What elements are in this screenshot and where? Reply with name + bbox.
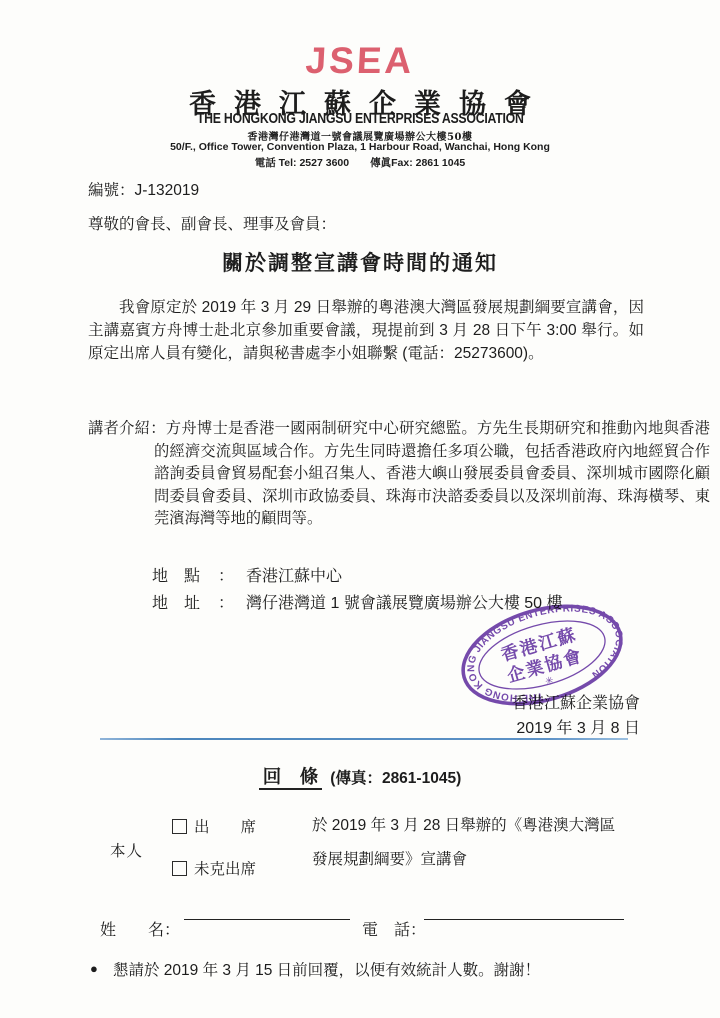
venue-label: 地點 <box>152 563 216 586</box>
absent-option-label: 未克出席 <box>194 857 256 879</box>
speaker-intro-label: 講者介紹： <box>88 420 166 437</box>
speaker-introduction: 講者介紹：方舟博士是香港一國兩制研究中心研究總監。方先生長期研究和推動內地與香港… <box>88 418 710 531</box>
stamp-star-icon: ✳ <box>544 675 555 688</box>
signature-date: 2019 年 3 月 8 日 <box>516 715 640 738</box>
org-address-english: 50/F., Office Tower, Convention Plaza, 1… <box>0 141 720 153</box>
salutation: 尊敬的會長、副會長、理事及會員： <box>88 212 336 234</box>
name-field-label: 姓 名： <box>100 917 180 940</box>
venue-row: 地點 ： 香港江蘇中心 <box>152 563 342 586</box>
attend-option-label: 出 席 <box>194 815 256 837</box>
venue-value: 香港江蘇中心 <box>246 563 342 586</box>
reply-slip-title: 回 條 <box>259 766 323 790</box>
notice-title: 關於調整宣講會時間的通知 <box>0 247 720 277</box>
reply-slip-heading: 回 條(傳真：2861-1045) <box>0 763 720 789</box>
address-colon: ： <box>218 590 234 613</box>
address-label: 地址 <box>152 590 216 613</box>
speaker-intro-text: 方舟博士是香港一國兩制研究中心研究總監。方先生長期研究和推動內地與香港的經濟交流… <box>154 420 710 527</box>
event-description-line2: 發展規劃綱要》宣講會 <box>312 847 656 869</box>
main-paragraph: 我會原定於 2019 年 3 月 29 日舉辦的粵港澳大灣區發展規劃綱要宣講會，… <box>88 296 644 365</box>
jsea-logo: JSEA <box>0 40 720 82</box>
reply-slip-fax: (傳真：2861-1045) <box>330 770 461 787</box>
phone-field-label: 電 話： <box>362 917 426 940</box>
absent-checkbox[interactable] <box>172 861 187 876</box>
section-divider-line <box>100 738 628 740</box>
event-description-line1: 於 2019 年 3 月 28 日舉辦的《粵港澳大灣區 <box>312 813 656 835</box>
phone-input-line[interactable] <box>424 899 624 920</box>
reference-number: 編號：J-132019 <box>88 178 199 200</box>
venue-colon: ： <box>218 563 234 586</box>
org-tel-fax: 電話 Tel: 2527 3600 傳眞Fax: 2861 1045 <box>0 155 720 170</box>
rsvp-deadline-note: 懇請於 2019 年 3 月 15 日前回覆，以便有效統計人數。謝謝！ <box>113 958 540 980</box>
attend-checkbox[interactable] <box>172 819 187 834</box>
name-input-line[interactable] <box>184 899 350 920</box>
self-label: 本人 <box>110 839 143 861</box>
letter-page: JSEA 香港江蘇企業協會 THE HONGKONG JIANGSU ENTER… <box>0 0 720 1018</box>
bullet-icon: ● <box>90 961 98 976</box>
org-name-english: THE HONGKONG JIANGSU ENTERPRISES ASSOCIA… <box>0 110 720 127</box>
